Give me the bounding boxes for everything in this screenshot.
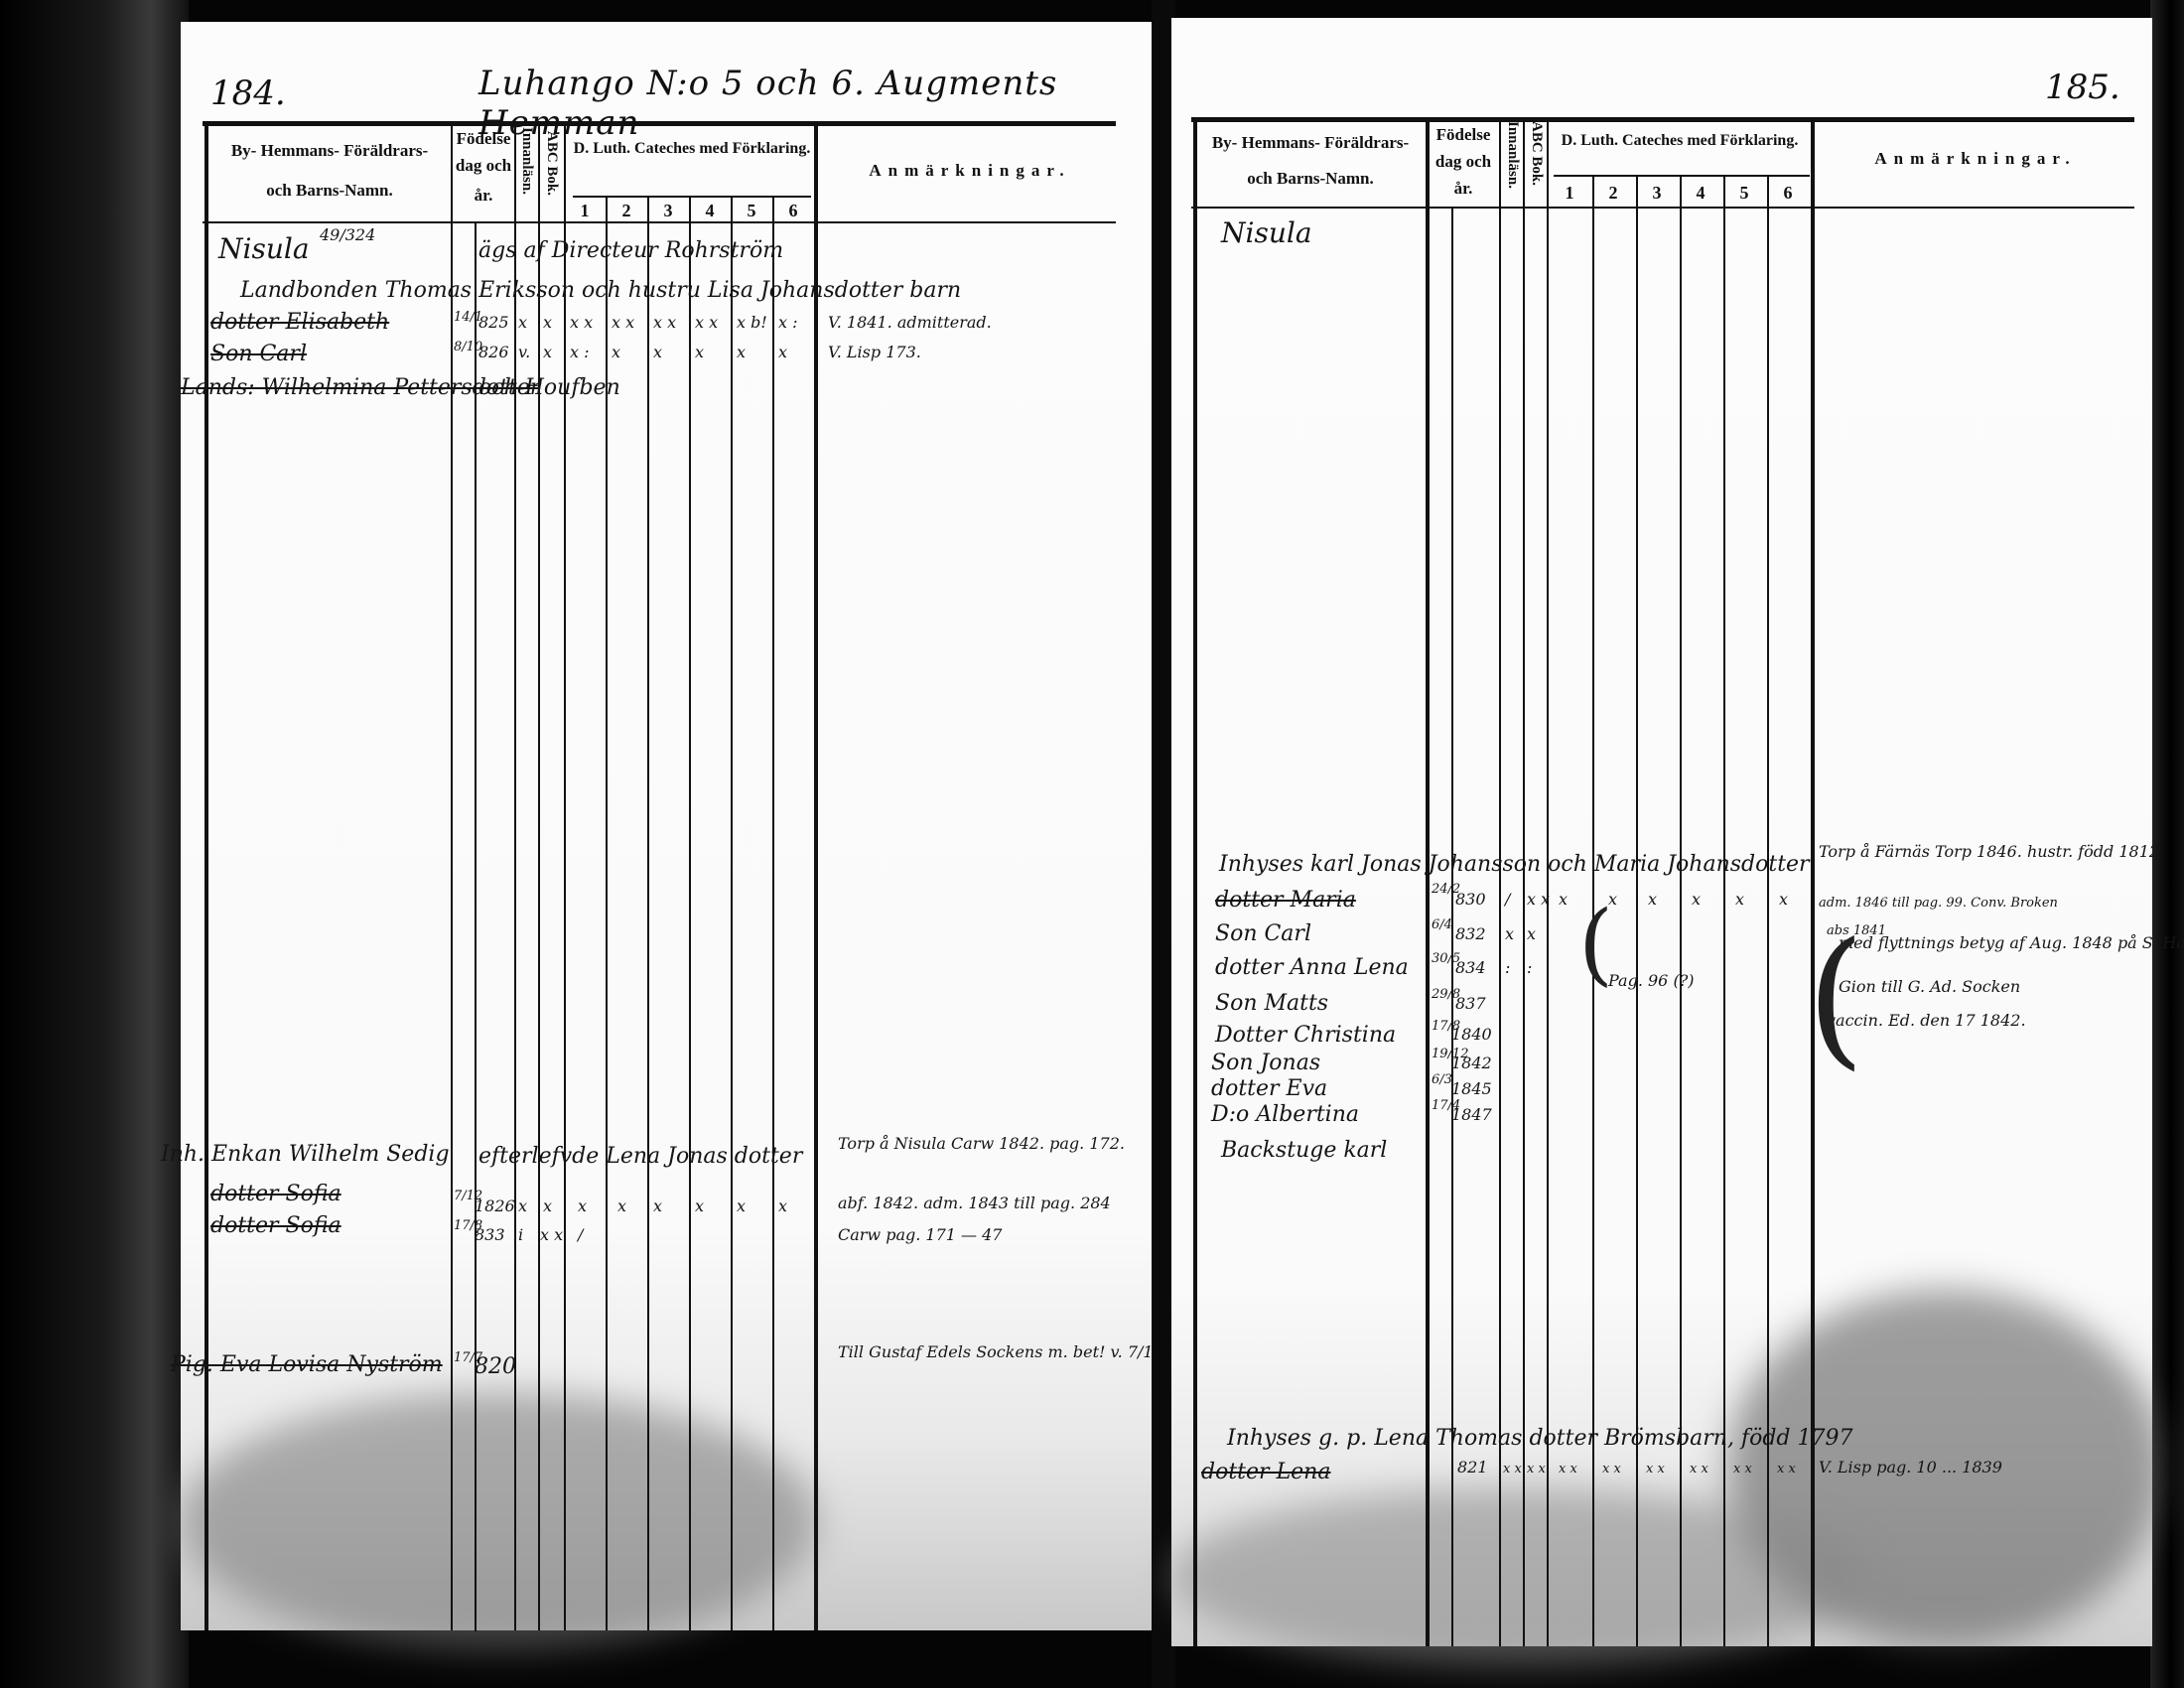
birth-year: 1845 (1451, 1079, 1492, 1098)
mark: x x (1527, 1462, 1546, 1477)
birth-year: 826 (478, 343, 509, 361)
mark: x x (653, 313, 676, 332)
mark: x (1692, 890, 1701, 909)
birth-year: 1826 (475, 1196, 515, 1215)
remark: Gion till G. Ad. Socken (1839, 977, 2020, 996)
mark: : (1505, 958, 1510, 977)
person-name: Son Matts (1215, 991, 1328, 1016)
mark: x (578, 1196, 587, 1215)
mark: x (1559, 890, 1568, 909)
person-name: dotter Sofia (210, 1213, 341, 1238)
page-stain (181, 1392, 816, 1650)
header-name-2: och Barns-Namn. (1197, 169, 1424, 189)
birth-year: 833 (475, 1225, 505, 1244)
birth-year: 821 (1457, 1458, 1488, 1477)
remark: V. 1841. admitterad. (828, 313, 992, 332)
column-line (1499, 117, 1501, 1646)
mark: x x (1733, 1462, 1752, 1477)
header-cat-4: 4 (695, 201, 725, 221)
header-birth-1: Födelse (1428, 125, 1499, 145)
mark: x (1527, 924, 1536, 943)
remark: V. Lisp pag. 10 ... 1839 (1819, 1458, 2002, 1477)
mark: / (578, 1225, 583, 1244)
person-name: Dotter Christina (1215, 1023, 1396, 1048)
person-name: Son Carl (210, 342, 307, 366)
column-line (772, 196, 774, 1630)
person-name: Son Jonas (1211, 1051, 1320, 1075)
household-head: Inhyses karl Jonas Johansson och Maria J… (1219, 852, 1810, 877)
mark: x (778, 343, 787, 361)
header-top-rule (203, 121, 1116, 126)
header-bottom-rule (203, 221, 1116, 223)
column-line (1811, 117, 1815, 1646)
mark: x (1648, 890, 1657, 909)
person-name: Backstuge karl (1221, 1138, 1387, 1163)
mark: x x (1646, 1462, 1665, 1477)
column-line (475, 221, 477, 1631)
mark: x x (1503, 1462, 1522, 1477)
village-name: Nisula (218, 232, 310, 265)
column-line (689, 196, 691, 1630)
household-head: Landbonden Thomas Eriksson och hustru Li… (240, 278, 961, 303)
header-innanlasn: Innanläsn. (518, 127, 535, 195)
mark: x : (570, 343, 590, 361)
header-remarks: Anmärkningar. (1817, 149, 2134, 169)
person-name: dotter Lena (1201, 1460, 1330, 1484)
header-innanlasn: Innanläsn. (1504, 121, 1521, 189)
household-note: efterlefvde Lena Jonas dotter (478, 1144, 802, 1169)
mark: x b! (737, 313, 767, 332)
header-name-1: By- Hemmans- Föräldrars- (1197, 133, 1424, 153)
mark: x (518, 313, 527, 332)
remark: Carw pag. 171 — 47 (838, 1225, 1002, 1244)
birth-day: 6/3 (1432, 1072, 1452, 1087)
catechism-sub-rule (573, 196, 811, 198)
remark: med flyttnings betyg af Aug. 1848 på S. … (1839, 933, 2184, 952)
column-line (564, 121, 566, 1630)
birth-year: 832 (1455, 924, 1486, 943)
remark: Torp å Nisula Carw 1842. pag. 172. (838, 1134, 1125, 1153)
mark: : (1527, 958, 1532, 977)
header-cat-3: 3 (653, 201, 683, 221)
mark: x (737, 343, 746, 361)
mark: x x (612, 313, 634, 332)
header-abc: ABC Bok. (543, 131, 560, 196)
birth-year: 1847 (1451, 1105, 1492, 1124)
grouping-brace: ( (1578, 892, 1613, 996)
header-cat-5: 5 (1729, 183, 1759, 204)
column-line (451, 121, 453, 1630)
birth-year: 1842 (1451, 1054, 1492, 1072)
person-name: dotter Maria (1215, 888, 1356, 913)
column-line (1547, 117, 1549, 1646)
header-name-1: By- Hemmans- Föräldrars- (210, 141, 449, 161)
mark: x x (1602, 1462, 1621, 1477)
birth-year: 830 (1455, 890, 1486, 909)
header-name-2: och Barns-Namn. (210, 181, 449, 201)
header-cat-2: 2 (1598, 183, 1628, 204)
mark: x (612, 343, 620, 361)
mark: x x (570, 313, 593, 332)
person-name: dotter Anna Lena (1215, 955, 1409, 980)
column-line (538, 121, 540, 1630)
remark: abf. 1842. adm. 1843 till pag. 284 (838, 1194, 1111, 1212)
mark: x (778, 1196, 787, 1215)
column-line (814, 121, 818, 1630)
page-number: 184. (210, 73, 286, 113)
header-cat-4: 4 (1686, 183, 1715, 204)
column-line (205, 121, 208, 1630)
column-line (647, 196, 649, 1630)
mark: x : (778, 313, 798, 332)
birth-year: 820 (475, 1354, 516, 1379)
header-birth-3: år. (1428, 179, 1499, 199)
column-line (1523, 117, 1525, 1646)
ownership-note: ägs af Directeur Rohrström (478, 238, 783, 263)
left-page: 184. Luhango N:o 5 och 6. Augments Hemma… (181, 22, 1154, 1630)
cross-reference-note: Pag. 96 (?) (1608, 971, 1695, 990)
right-page: 185. By- Hemmans- Föräldrars- och Barns-… (1171, 18, 2152, 1646)
mark: x x (695, 313, 718, 332)
header-abc: ABC Bok. (1528, 121, 1545, 186)
header-cat-5: 5 (737, 201, 766, 221)
mark: x x (1690, 1462, 1708, 1477)
header-cat-1: 1 (570, 201, 600, 221)
village-name: Nisula (1221, 216, 1312, 249)
column-line (606, 196, 608, 1630)
hemman-fraction: 49/324 (320, 225, 375, 244)
birth-day: 6/4 (1432, 917, 1452, 932)
page-number: 185. (2045, 68, 2120, 107)
column-line (731, 196, 733, 1630)
household-head: Inhyses g. p. Lena Thomas dotter Brömsba… (1227, 1426, 1852, 1451)
remark: Torp å Färnäs Torp 1846. hustr. född 181… (1819, 842, 2159, 861)
mark: x (695, 1196, 704, 1215)
remark: V. Lisp 173. (828, 343, 921, 361)
mark: x (695, 343, 704, 361)
mark: i (518, 1225, 523, 1244)
birth-year: 834 (1455, 958, 1486, 977)
column-line (1426, 117, 1430, 1646)
mark: v. (518, 343, 530, 361)
header-cat-3: 3 (1642, 183, 1672, 204)
person-name: dotter Elisabeth (210, 310, 389, 335)
column-line (514, 121, 516, 1630)
header-birth-2: dag och (453, 156, 514, 176)
header-cat-1: 1 (1555, 183, 1584, 204)
header-birth-3: år. (453, 186, 514, 206)
birth-year: 825 (478, 313, 509, 332)
mark: x (617, 1196, 626, 1215)
mark: x (1505, 924, 1514, 943)
remark: adm. 1846 till pag. 99. Conv. Broken (1819, 896, 2058, 911)
header-cat-6: 6 (1773, 183, 1803, 204)
grouping-brace: ( (1807, 912, 1865, 1084)
mark: x (1779, 890, 1788, 909)
household-head: Inh. Enkan Wilhelm Sedig (161, 1142, 450, 1167)
person-name: dotter Eva (1211, 1076, 1327, 1101)
birth-year: 837 (1455, 994, 1486, 1013)
mark: x x (1559, 1462, 1577, 1477)
header-bottom-rule (1191, 207, 2134, 209)
header-catechism: D. Luth. Cateches med Förklaring. (568, 139, 816, 158)
header-remarks: Anmärkningar. (826, 161, 1114, 181)
person-note: och Houfben (478, 375, 620, 400)
birth-year: 1840 (1451, 1025, 1492, 1044)
header-birth-2: dag och (1428, 152, 1499, 172)
mark: x x (1527, 890, 1550, 909)
header-cat-6: 6 (778, 201, 808, 221)
person-name: Son Carl (1215, 921, 1311, 946)
person-name: dotter Sofia (210, 1182, 341, 1206)
mark: x (737, 1196, 746, 1215)
person-name: D:o Albertina (1211, 1102, 1359, 1127)
mark: x (653, 1196, 662, 1215)
binding-edge-left (0, 0, 189, 1688)
header-top-rule (1191, 117, 2134, 122)
header-catechism: D. Luth. Cateches med Förklaring. (1549, 131, 1811, 150)
mark: x (543, 343, 552, 361)
mark: x (543, 313, 552, 332)
header-cat-2: 2 (612, 201, 641, 221)
mark: x (1735, 890, 1744, 909)
mark: x (653, 343, 662, 361)
mark: x x (1777, 1462, 1796, 1477)
person-name: Pig. Eva Lovisa Nyström (171, 1352, 443, 1377)
page-stain (1171, 1487, 1866, 1666)
mark: x (518, 1196, 527, 1215)
mark: x (543, 1196, 552, 1215)
header-birth-1: Födelse (453, 129, 514, 149)
column-line (1193, 117, 1197, 1646)
mark: x x (540, 1225, 563, 1244)
mark: / (1505, 890, 1510, 909)
